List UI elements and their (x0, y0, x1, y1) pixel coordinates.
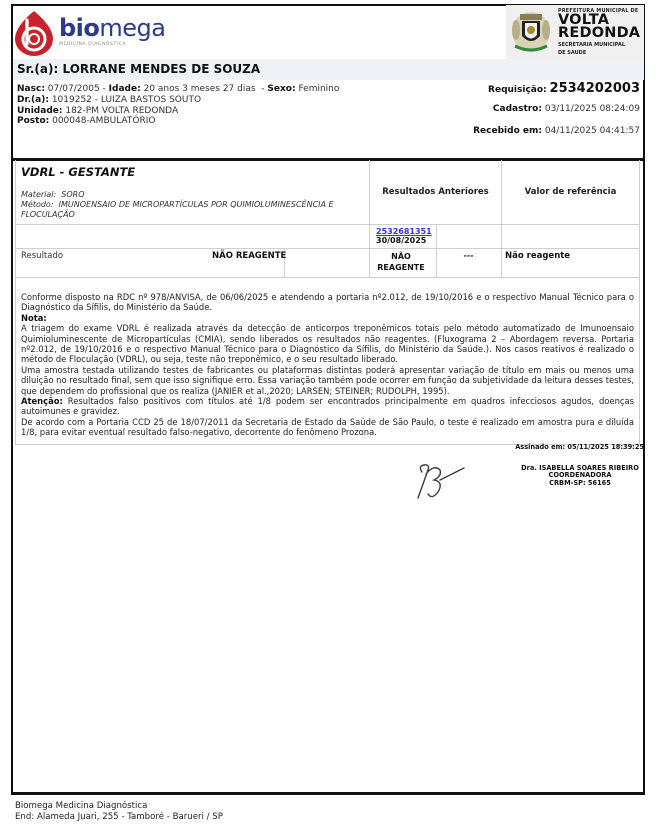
nota-label: Nota: (21, 313, 47, 323)
note-triagem: A triagem do exame VDRL é realizada atra… (21, 323, 634, 365)
exam-block: VDRL - GESTANTE Material: SORO Método: I… (15, 160, 640, 445)
volta-redonda-logo: PREFEITURA MUNICIPAL DE VOLTA REDONDA SE… (506, 5, 644, 59)
footer-address: End: Alameda Juari, 255 - Tamboré - Baru… (15, 812, 223, 823)
note-variacao: Uma amostra testada utilizando testes de… (21, 365, 634, 396)
idade-label: Idade (109, 84, 137, 94)
signer-registry: CRBM-SP: 56165 (520, 480, 640, 487)
material-label: Material: (21, 190, 56, 199)
requisicao-line: Requisição: 2534202003 (488, 81, 640, 96)
gov-secretaria-line1: SECRETARIA MUNICIPAL (558, 42, 640, 48)
requisicao-value: 2534202003 (550, 81, 640, 96)
atencao-label: Atenção: (21, 396, 63, 406)
metodo-line: Método: IMUNOENSAIO DE MICROPARTÍCULAS P… (21, 200, 371, 220)
metodo-label: Método: (21, 200, 54, 209)
patient-birth-line: Nasc: 07/07/2005 - Idade: 20 anos 3 mese… (17, 84, 339, 95)
signature-image (408, 452, 478, 508)
result-value: NÃO REAGENTE (212, 251, 286, 261)
footer: Biomega Medicina Diagnóstica End: Alamed… (15, 801, 223, 823)
brand-bio: bio (59, 14, 99, 42)
footer-company: Biomega Medicina Diagnóstica (15, 801, 223, 812)
posto-value: 000048-AMBULATÓRIO (52, 116, 155, 126)
recebido-label: Recebido em: (473, 126, 542, 136)
exam-table: VDRL - GESTANTE Material: SORO Método: I… (16, 160, 639, 278)
note-atencao: Atenção: Resultados falso positivos com … (21, 396, 634, 417)
note-rdc: Conforme disposto na RDC nº 978/ANVISA, … (21, 292, 634, 313)
signed-at: Assinado em: 05/11/2025 18:39:25 (515, 443, 644, 451)
patient-name: Sr.(a): LORRANE MENDES DE SOUZA (17, 62, 260, 76)
previous-result-value-2: --- (436, 251, 501, 260)
sexo-label: Sexo (267, 84, 292, 94)
cadastro-line: Cadastro: 03/11/2025 08:24:09 (493, 104, 640, 114)
idade-value: 20 anos 3 meses 27 dias (144, 84, 256, 94)
doctor-line: Dr.(a): 1019252 - LUIZA BASTOS SOUTO (17, 95, 201, 106)
previous-date: 30/08/2025 (376, 236, 426, 245)
exam-meta: Material: SORO Método: IMUNOENSAIO DE MI… (21, 190, 371, 220)
brand-tagline: MEDICINA DIAGNÓSTICA (59, 42, 166, 47)
nasc-value: 07/07/2005 (48, 84, 100, 94)
metodo-value: IMUNOENSAIO DE MICROPARTÍCULAS POR QUIMI… (21, 200, 334, 219)
material-line: Material: SORO (21, 190, 371, 200)
note-portaria: De acordo com a Portaria CCD 25 de 18/07… (21, 417, 634, 438)
exam-title: VDRL - GESTANTE (21, 165, 135, 179)
unidade-value: 182-PM VOLTA REDONDA (65, 106, 178, 116)
recebido-line: Recebido em: 04/11/2025 04:41:57 (473, 126, 640, 136)
posto-label: Posto: (17, 116, 49, 126)
result-label: Resultado (21, 251, 63, 261)
col-header-previous: Resultados Anteriores (370, 187, 501, 197)
gov-city-line2: REDONDA (558, 27, 640, 40)
sexo-value: Feminino (298, 84, 339, 94)
nasc-label: Nasc (17, 84, 41, 94)
brand-name: biomega (59, 16, 166, 40)
requisicao-label: Requisição: (488, 85, 547, 95)
col-header-reference: Valor de referência (502, 187, 639, 197)
posto-line: Posto: 000048-AMBULATÓRIO (17, 116, 155, 127)
exam-notes: Conforme disposto na RDC nº 978/ANVISA, … (16, 278, 639, 444)
material-value: SORO (61, 190, 84, 199)
unidade-label: Unidade: (17, 106, 62, 116)
doctor-value: 1019252 - LUIZA BASTOS SOUTO (52, 95, 201, 105)
reference-value: Não reagente (505, 251, 570, 261)
atencao-text: Resultados falso positivos com títulos a… (21, 396, 634, 416)
doctor-label: Dr.(a): (17, 95, 49, 105)
recebido-value: 04/11/2025 04:41:57 (545, 126, 640, 136)
patient-name-value: LORRANE MENDES DE SOUZA (62, 62, 260, 76)
patient-name-label: Sr.(a): (17, 62, 58, 76)
previous-request-link[interactable]: 2532681351 (376, 227, 432, 236)
footer-divider (11, 792, 645, 795)
previous-result-value: NÃO REAGENTE (368, 251, 434, 273)
brand-mega: mega (99, 14, 165, 42)
cadastro-value: 03/11/2025 08:24:09 (545, 104, 640, 114)
biomega-logo: biomega MEDICINA DIAGNÓSTICA (13, 6, 188, 56)
signer-block: Dra. ISABELLA SOARES RIBEIRO COORDENADOR… (520, 465, 640, 487)
city-crest-icon (510, 8, 552, 56)
biomega-drop-icon (13, 10, 55, 52)
cadastro-label: Cadastro: (493, 104, 542, 114)
gov-secretaria-line2: DE SAUDE (558, 50, 640, 56)
